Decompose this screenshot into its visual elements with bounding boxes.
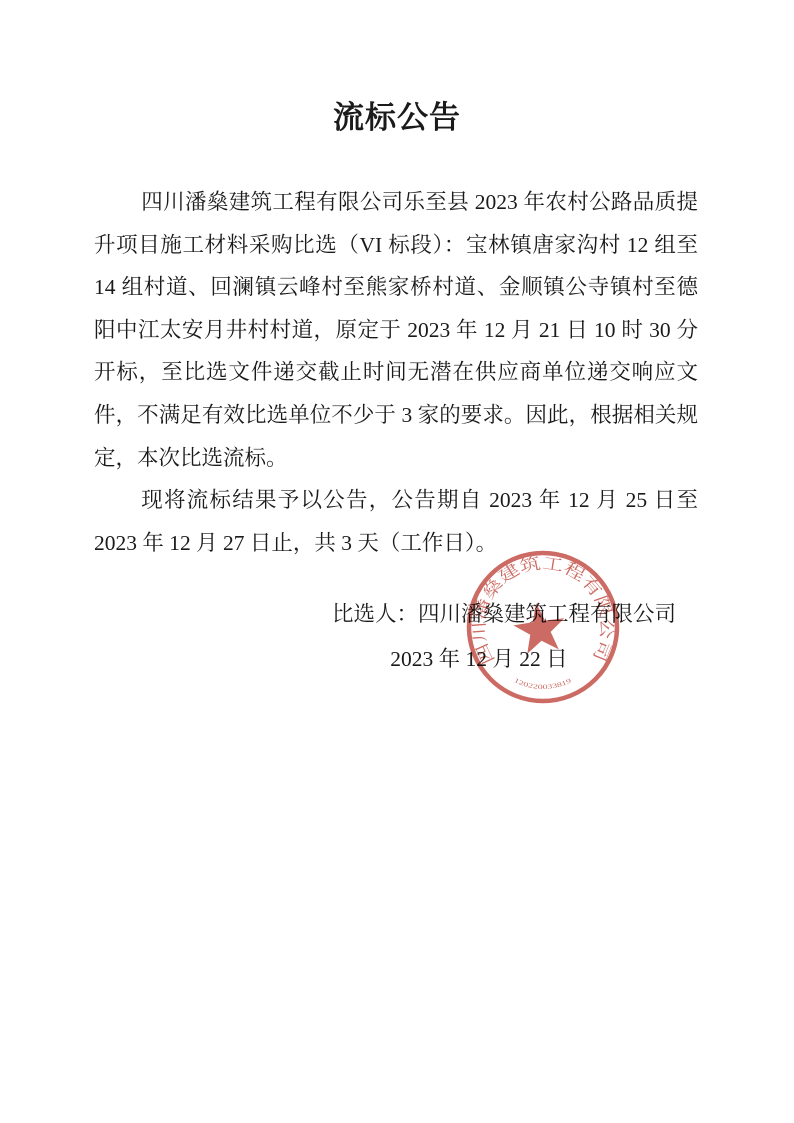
paragraph-publicity-period: 现将流标结果予以公告，公告期自 2023 年 12 月 25 日至 2023 年… <box>94 479 698 564</box>
document-page: 流标公告 四川潘燊建筑工程有限公司乐至县 2023 年农村公路品质提升项目施工材… <box>0 0 794 1123</box>
document-title: 流标公告 <box>0 92 794 137</box>
bidder-signature-line: 比选人：四川潘燊建筑工程有限公司 <box>0 597 676 628</box>
document-body: 四川潘燊建筑工程有限公司乐至县 2023 年农村公路品质提升项目施工材料采购比选… <box>94 181 698 564</box>
seal-serial-arc-text: 120220033819 <box>513 677 573 691</box>
signature-date-line: 2023 年 12 月 22 日 <box>299 642 659 673</box>
seal-serial-textpath: 120220033819 <box>513 677 573 691</box>
paragraph-announcement: 四川潘燊建筑工程有限公司乐至县 2023 年农村公路品质提升项目施工材料采购比选… <box>94 181 698 479</box>
